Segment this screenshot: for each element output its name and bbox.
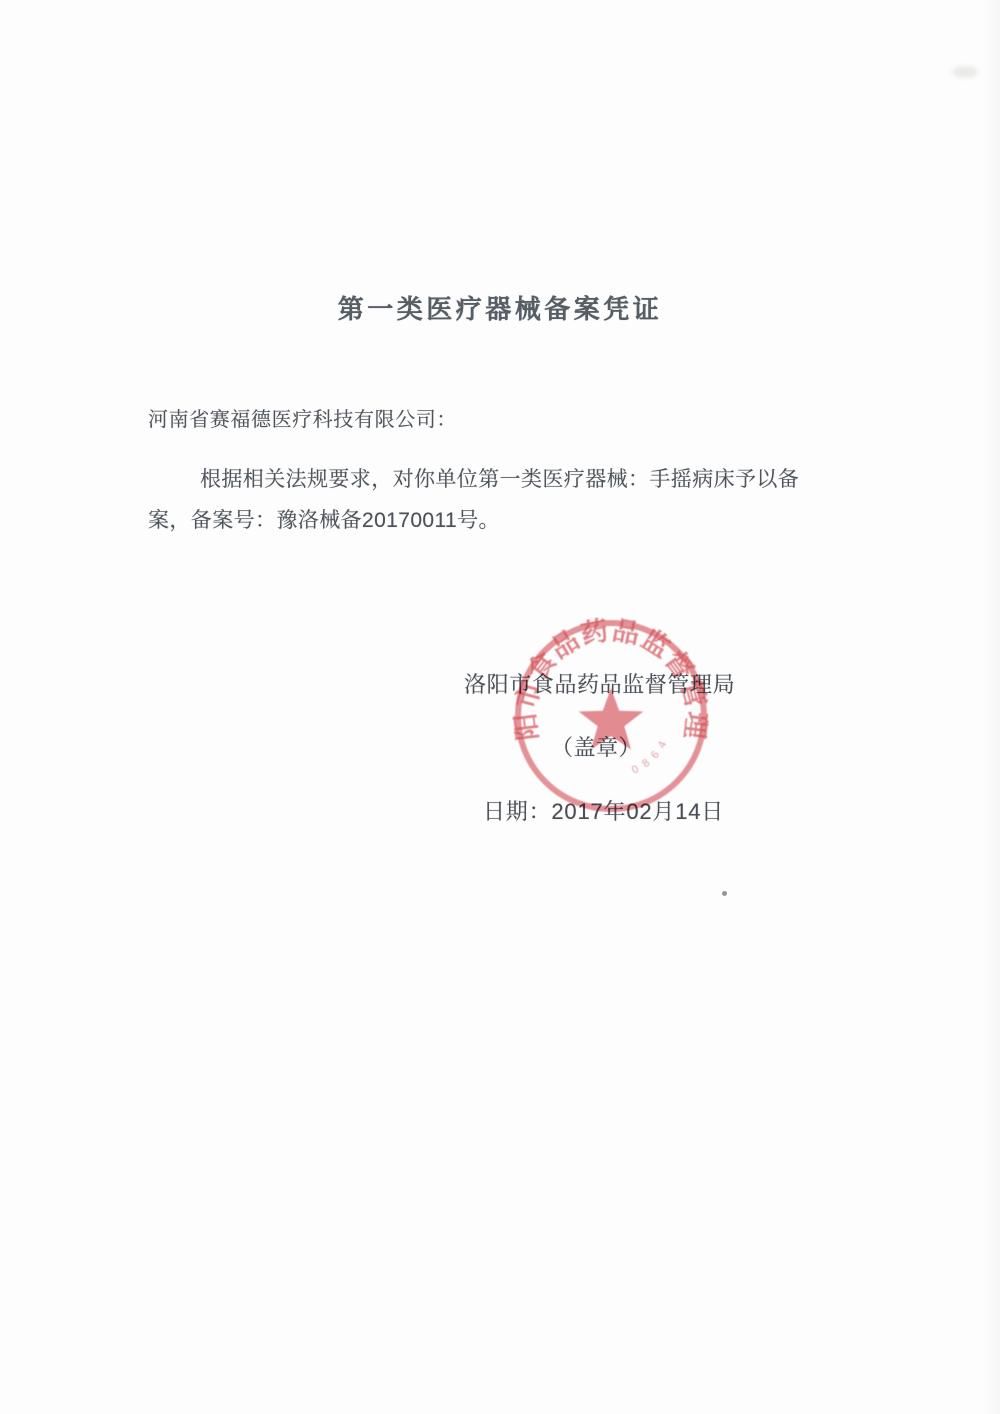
- body-paragraph: 根据相关法规要求，对你单位第一类医疗器械：手摇病床予以备 案，备案号：豫洛械备2…: [148, 459, 864, 541]
- paragraph-line-1: 根据相关法规要求，对你单位第一类医疗器械：手摇病床予以备: [148, 459, 864, 500]
- document-title: 第一类医疗器械备案凭证: [0, 289, 1000, 326]
- document-page: 第一类医疗器械备案凭证 河南省赛福德医疗科技有限公司： 根据相关法规要求，对你单…: [0, 0, 1000, 1414]
- scan-speck: [722, 891, 727, 896]
- addressee-line: 河南省赛福德医疗科技有限公司：: [148, 403, 457, 432]
- seal-note: （盖章）: [551, 731, 641, 762]
- scan-smudge: [952, 66, 978, 78]
- paragraph-line-2: 案，备案号：豫洛械备20170011号。: [148, 500, 864, 541]
- stamp-ring: [518, 623, 704, 809]
- date-line: 日期：2017年02月14日: [483, 795, 724, 826]
- issuer-name: 洛阳市食品药品监督管理局: [464, 668, 735, 699]
